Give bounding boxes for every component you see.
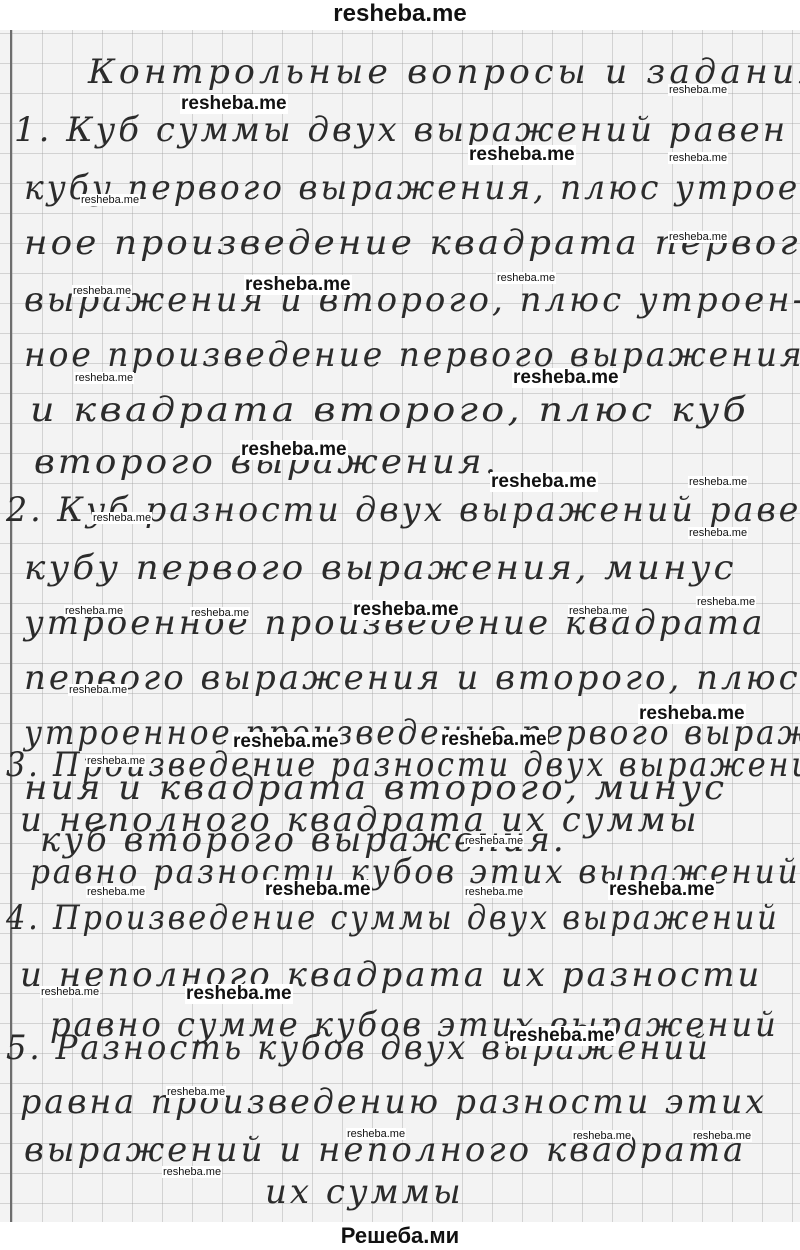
watermark: resheba.me: [240, 440, 348, 460]
watermark: resheba.me: [80, 194, 140, 206]
watermark: resheba.me: [86, 755, 146, 767]
watermark: resheba.me: [568, 605, 628, 617]
watermark: resheba.me: [92, 512, 152, 524]
watermark: resheba.me: [512, 368, 620, 388]
watermark: resheba.me: [496, 272, 556, 284]
text-line-3: ное произведение квадрата первого: [24, 223, 800, 263]
text-line-18: 4. Произведение суммы двух выражений: [6, 898, 780, 938]
watermark: resheba.me: [185, 984, 293, 1004]
text-line-4: выражения и второго, плюс утроен-: [24, 280, 800, 320]
watermark: resheba.me: [346, 1128, 406, 1140]
watermark: resheba.me: [572, 1130, 632, 1142]
text-line-1: 1. Куб суммы двух выражений равен: [14, 110, 788, 150]
watermark: resheba.me: [40, 986, 100, 998]
watermark: resheba.me: [464, 886, 524, 898]
watermark: resheba.me: [180, 94, 288, 114]
text-line-2: кубу первого выражения, плюс утроен-: [24, 168, 800, 208]
watermark: resheba.me: [688, 527, 748, 539]
text-line-8: 2. Куб разности двух выражений равен: [6, 490, 800, 530]
watermark: resheba.me: [190, 607, 250, 619]
watermark: resheba.me: [490, 472, 598, 492]
watermark: resheba.me: [162, 1166, 222, 1178]
text-line-24: их суммы: [265, 1172, 464, 1212]
watermark: resheba.me: [692, 1130, 752, 1142]
text-line-19: и неполного квадрата их разности: [20, 955, 762, 995]
watermark: resheba.me: [166, 1086, 226, 1098]
text-line-9: кубу первого выражения, минус: [24, 548, 737, 588]
watermark: resheba.me: [440, 730, 548, 750]
watermark: resheba.me: [668, 152, 728, 164]
watermark: resheba.me: [464, 835, 524, 847]
notebook-page: Контрольные вопросы и задания. 1. Куб су…: [0, 30, 800, 1222]
watermark: resheba.me: [696, 596, 756, 608]
text-line-22: равна произведению разности этих: [20, 1082, 767, 1122]
header-watermark: resheba.me: [0, 0, 800, 30]
watermark: resheba.me: [244, 275, 352, 295]
watermark: resheba.me: [668, 231, 728, 243]
watermark: resheba.me: [508, 1026, 616, 1046]
text-line-6: и квадрата второго, плюс куб: [30, 390, 749, 430]
watermark: resheba.me: [68, 684, 128, 696]
watermark: resheba.me: [232, 732, 340, 752]
watermark: resheba.me: [72, 285, 132, 297]
watermark: resheba.me: [264, 880, 372, 900]
watermark: resheba.me: [688, 476, 748, 488]
text-line-16: и неполного квадрата их суммы: [20, 800, 700, 840]
watermark: resheba.me: [64, 605, 124, 617]
text-line-11: первого выражения и второго, плюс: [24, 658, 800, 698]
watermark: resheba.me: [668, 84, 728, 96]
watermark: resheba.me: [86, 886, 146, 898]
watermark: resheba.me: [608, 880, 716, 900]
watermark: resheba.me: [74, 372, 134, 384]
footer-watermark: Решеба.ми: [0, 1222, 800, 1250]
text-line-5: ное произведение первого выражения: [24, 335, 800, 375]
watermark: resheba.me: [352, 600, 460, 620]
watermark: resheba.me: [638, 704, 746, 724]
watermark: resheba.me: [468, 145, 576, 165]
